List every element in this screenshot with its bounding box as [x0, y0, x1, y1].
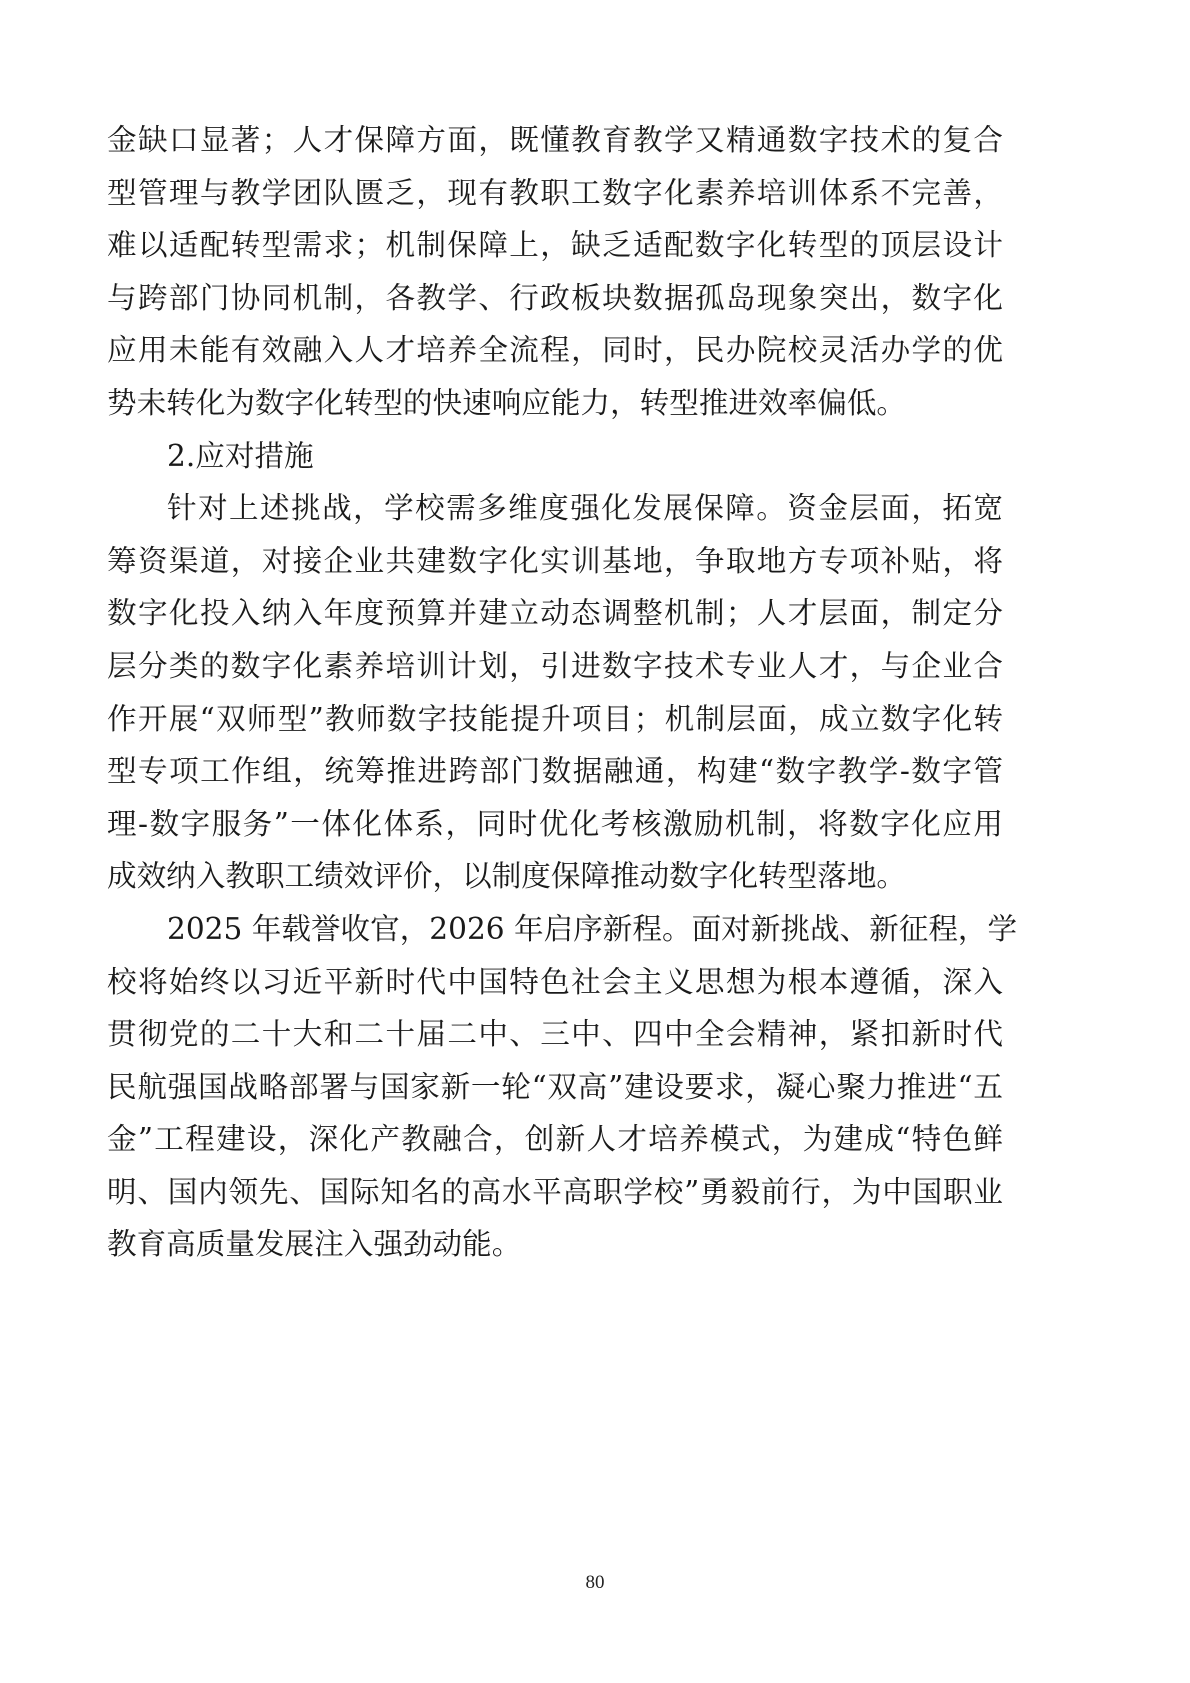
document-page: 金缺口显著；人才保障方面，既懂教育教学又精通数字技术的复合 型管理与教学团队匮乏…: [0, 0, 1190, 1683]
text-line: 贯彻党的二十大和二十届二中、三中、四中全会精神，紧扣新时代: [107, 1008, 1003, 1061]
text-line: 势未转化为数字化转型的快速响应能力，转型推进效率偏低。: [107, 377, 1003, 430]
text-line: 作开展“双师型”教师数字技能提升项目；机制层面，成立数字化转: [107, 693, 1003, 746]
text-line: 筹资渠道，对接企业共建数字化实训基地，争取地方专项补贴，将: [107, 535, 1003, 588]
section-heading: 2.应对措施: [107, 430, 1003, 483]
text-line: 理-数字服务”一体化体系，同时优化考核激励机制，将数字化应用: [107, 798, 1003, 851]
page-number: 80: [0, 1572, 1190, 1594]
text-line: 民航强国战略部署与国家新一轮“双高”建设要求，凝心聚力推进“五: [107, 1061, 1003, 1114]
text-line: 金”工程建设，深化产教融合，创新人才培养模式，为建成“特色鲜: [107, 1113, 1003, 1166]
text-line: 应用未能有效融入人才培养全流程，同时，民办院校灵活办学的优: [107, 324, 1003, 377]
text-line: 针对上述挑战，学校需多维度强化发展保障。资金层面，拓宽: [107, 482, 1003, 535]
text-line: 数字化投入纳入年度预算并建立动态调整机制；人才层面，制定分: [107, 587, 1003, 640]
text-line: 型管理与教学团队匮乏，现有教职工数字化素养培训体系不完善，: [107, 167, 1003, 220]
body-text: 金缺口显著；人才保障方面，既懂教育教学又精通数字技术的复合 型管理与教学团队匮乏…: [107, 114, 1003, 1271]
paragraph-challenges: 金缺口显著；人才保障方面，既懂教育教学又精通数字技术的复合 型管理与教学团队匮乏…: [107, 114, 1003, 430]
text-line: 校将始终以习近平新时代中国特色社会主义思想为根本遵循，深入: [107, 956, 1003, 1009]
text-line: 教育高质量发展注入强劲动能。: [107, 1218, 1003, 1271]
text-line: 金缺口显著；人才保障方面，既懂教育教学又精通数字技术的复合: [107, 114, 1003, 167]
text-line: 层分类的数字化素养培训计划，引进数字技术专业人才，与企业合: [107, 640, 1003, 693]
text-line: 明、国内领先、国际知名的高水平高职学校”勇毅前行，为中国职业: [107, 1166, 1003, 1219]
heading-text: 2.应对措施: [107, 430, 1003, 483]
paragraph-conclusion: 2025 年载誉收官，2026 年启序新程。面对新挑战、新征程，学 校将始终以习…: [107, 903, 1003, 1271]
text-line: 成效纳入教职工绩效评价，以制度保障推动数字化转型落地。: [107, 850, 1003, 903]
text-line: 型专项工作组，统筹推进跨部门数据融通，构建“数字教学-数字管: [107, 745, 1003, 798]
text-line: 2025 年载誉收官，2026 年启序新程。面对新挑战、新征程，学: [107, 903, 1003, 956]
text-line: 与跨部门协同机制，各教学、行政板块数据孤岛现象突出，数字化: [107, 272, 1003, 325]
text-line: 难以适配转型需求；机制保障上，缺乏适配数字化转型的顶层设计: [107, 219, 1003, 272]
paragraph-measures: 针对上述挑战，学校需多维度强化发展保障。资金层面，拓宽 筹资渠道，对接企业共建数…: [107, 482, 1003, 903]
